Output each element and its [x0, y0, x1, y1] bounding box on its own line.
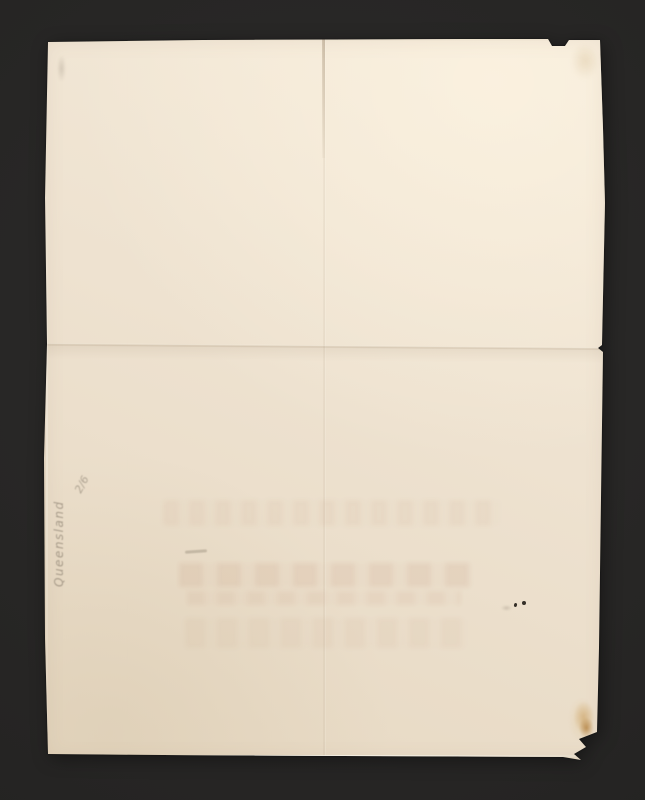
bottom-sheet-edge-highlight — [49, 755, 576, 757]
foxing-smudge — [501, 605, 512, 611]
paper-shadow-wrapper: Queensland 2/6 — [0, 0, 645, 800]
photo-mat-background: Queensland 2/6 — [0, 0, 645, 800]
stain-bottom-right-edge — [564, 693, 600, 753]
poster-verso-sheet: Queensland 2/6 — [43, 38, 606, 762]
pencil-inscription-rotated: Queensland — [50, 505, 68, 587]
pencil-stray-mark — [185, 549, 207, 554]
foxing-speck-2 — [522, 601, 526, 605]
pencil-smudge-top-left — [57, 55, 66, 82]
vertical-fold-line-top-segment — [322, 38, 325, 158]
discoloration-top-right-corner — [571, 43, 599, 79]
pencil-inscription-text: Queensland — [52, 500, 66, 587]
foxing-speck-1 — [514, 603, 518, 608]
pencil-price-note: 2/6 — [72, 474, 92, 496]
left-sheet-edge-highlight — [46, 128, 48, 732]
show-through-text-band-upper — [163, 500, 501, 526]
show-through-text-band-lower — [185, 618, 467, 648]
